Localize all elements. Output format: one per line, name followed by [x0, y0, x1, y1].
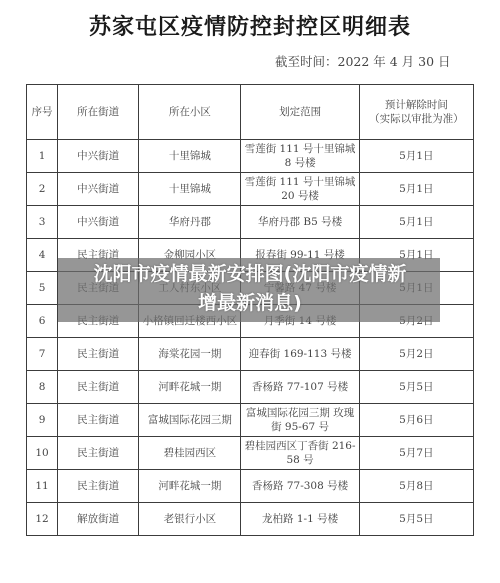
cell-street: 中兴街道 [58, 206, 139, 239]
cell-no: 1 [27, 140, 58, 173]
cell-street: 民主街道 [58, 470, 139, 503]
cell-no: 12 [27, 503, 58, 536]
cell-street: 民主街道 [58, 437, 139, 470]
header-release-time: 预计解除时间 （实际以审批为准） [359, 85, 473, 140]
header-release-time-line1: 预计解除时间 [362, 98, 471, 112]
cell-community: 富城国际花园三期 [139, 404, 241, 437]
cell-range: 碧桂园西区丁香街 216-58 号 [241, 437, 359, 470]
cell-community: 碧桂园西区 [139, 437, 241, 470]
headline-overlay: 沈阳市疫情最新安排图(沈阳市疫情新 增最新消息) [50, 260, 450, 318]
cell-release-time: 5月7日 [359, 437, 473, 470]
table-header-row: 序号 所在街道 所在小区 划定范围 预计解除时间 （实际以审批为准） [27, 85, 474, 140]
headline-overlay-line2: 增最新消息) [50, 289, 450, 318]
headline-overlay-line1: 沈阳市疫情最新安排图(沈阳市疫情新 [50, 260, 450, 289]
cell-community: 海棠花园一期 [139, 338, 241, 371]
table-row: 8 民主街道 河畔花城一期 香杨路 77-107 号楼 5月5日 [27, 371, 474, 404]
table-row: 9 民主街道 富城国际花园三期 富城国际花园三期 玫瑰街 95-67 号 5月6… [27, 404, 474, 437]
table-row: 1 中兴街道 十里锦城 雪莲街 111 号十里锦城 8 号楼 5月1日 [27, 140, 474, 173]
table-row: 12 解放街道 老银行小区 龙柏路 1-1 号楼 5月5日 [27, 503, 474, 536]
cell-street: 中兴街道 [58, 173, 139, 206]
cell-street: 民主街道 [58, 371, 139, 404]
cell-no: 2 [27, 173, 58, 206]
cell-range: 雪莲街 111 号十里锦城 8 号楼 [241, 140, 359, 173]
cell-range: 香杨路 77-308 号楼 [241, 470, 359, 503]
cell-range: 龙柏路 1-1 号楼 [241, 503, 359, 536]
cell-community: 河畔花城一期 [139, 371, 241, 404]
table-row: 10 民主街道 碧桂园西区 碧桂园西区丁香街 216-58 号 5月7日 [27, 437, 474, 470]
cell-community: 十里锦城 [139, 140, 241, 173]
cell-community: 河畔花城一期 [139, 470, 241, 503]
cell-release-time: 5月5日 [359, 371, 473, 404]
table-row: 11 民主街道 河畔花城一期 香杨路 77-308 号楼 5月8日 [27, 470, 474, 503]
cell-release-time: 5月1日 [359, 173, 473, 206]
cell-no: 7 [27, 338, 58, 371]
cell-release-time: 5月2日 [359, 338, 473, 371]
header-range: 划定范围 [241, 85, 359, 140]
table-row: 3 中兴街道 华府丹郡 华府丹郡 B5 号楼 5月1日 [27, 206, 474, 239]
table-row: 2 中兴街道 十里锦城 雪莲街 111 号十里锦城 20 号楼 5月1日 [27, 173, 474, 206]
cell-no: 9 [27, 404, 58, 437]
cell-community: 十里锦城 [139, 173, 241, 206]
cell-street: 解放街道 [58, 503, 139, 536]
cell-range: 华府丹郡 B5 号楼 [241, 206, 359, 239]
cell-community: 老银行小区 [139, 503, 241, 536]
header-street: 所在街道 [58, 85, 139, 140]
deadline-date: 截至时间：2022 年 4 月 30 日 [275, 52, 451, 70]
cell-no: 3 [27, 206, 58, 239]
cell-range: 雪莲街 111 号十里锦城 20 号楼 [241, 173, 359, 206]
table-row: 7 民主街道 海棠花园一期 迎春街 169-113 号楼 5月2日 [27, 338, 474, 371]
cell-street: 中兴街道 [58, 140, 139, 173]
cell-no: 8 [27, 371, 58, 404]
cell-range: 富城国际花园三期 玫瑰街 95-67 号 [241, 404, 359, 437]
cell-range: 迎春街 169-113 号楼 [241, 338, 359, 371]
cell-street: 民主街道 [58, 338, 139, 371]
cell-no: 11 [27, 470, 58, 503]
cell-release-time: 5月8日 [359, 470, 473, 503]
cell-street: 民主街道 [58, 404, 139, 437]
cell-release-time: 5月6日 [359, 404, 473, 437]
header-release-time-line2: （实际以审批为准） [362, 112, 471, 126]
cell-release-time: 5月5日 [359, 503, 473, 536]
cell-no: 10 [27, 437, 58, 470]
cell-release-time: 5月1日 [359, 140, 473, 173]
header-community: 所在小区 [139, 85, 241, 140]
cell-release-time: 5月1日 [359, 206, 473, 239]
cell-community: 华府丹郡 [139, 206, 241, 239]
document-title: 苏家屯区疫情防控封控区明细表 [0, 10, 500, 41]
cell-range: 香杨路 77-107 号楼 [241, 371, 359, 404]
header-no: 序号 [27, 85, 58, 140]
